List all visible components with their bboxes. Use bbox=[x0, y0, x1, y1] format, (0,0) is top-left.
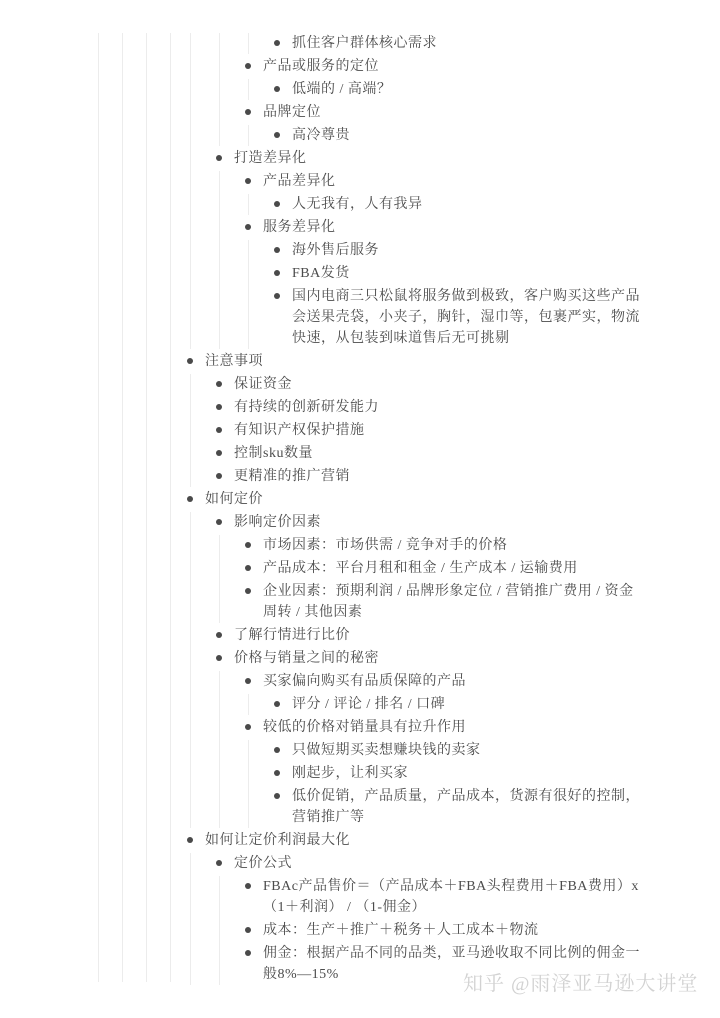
bullet-icon bbox=[187, 837, 193, 843]
bullet-icon bbox=[216, 519, 222, 525]
outline-item-text: 价格与销量之间的秘密 bbox=[234, 651, 379, 666]
outline-row: 较低的价格对销量具有拉升作用 bbox=[245, 717, 648, 738]
bullet-icon bbox=[216, 404, 222, 410]
outline-item: 影响定价因素市场因素：市场供需 / 竞争对手的价格产品成本：平台月租和租金 / … bbox=[216, 512, 648, 623]
outline-row: FBAc产品售价＝（产品成本＋FBA头程费用＋FBA费用）x（1＋利润） / （… bbox=[245, 876, 648, 918]
outline-item-text: 如何让定价利润最大化 bbox=[205, 833, 350, 848]
outline-item-cropped: 抓住客户群体核心需求产品或服务的定位低端的 / 高端？品牌定位高冷尊贵 bbox=[216, 33, 648, 146]
outline-item-text: 低端的 / 高端？ bbox=[292, 82, 391, 97]
outline-children-group: 抓住客户群体核心需求产品或服务的定位低端的 / 高端？品牌定位高冷尊贵打造差异化… bbox=[190, 33, 648, 349]
bullet-icon bbox=[245, 927, 251, 933]
outline-item-text: 买家偏向购买有品质保障的产品 bbox=[263, 674, 466, 689]
outline-row: 成本：生产＋推广＋税务＋人工成本＋物流 bbox=[245, 920, 648, 941]
outline-item-text: 保证资金 bbox=[234, 377, 292, 392]
outline-item: 如何让定价利润最大化定价公式FBAc产品售价＝（产品成本＋FBA头程费用＋FBA… bbox=[187, 830, 648, 985]
outline-item-text: 国内电商三只松鼠将服务做到极致，客户购买这些产品会送果壳袋，小夹子，胸针，湿巾等… bbox=[292, 289, 640, 346]
bullet-icon bbox=[245, 224, 251, 230]
bullet-icon bbox=[245, 724, 251, 730]
indent-guide-line bbox=[170, 33, 171, 982]
outline-item: 注意事项保证资金有持续的创新研发能力有知识产权保护措施控制sku数量更精准的推广… bbox=[187, 351, 648, 487]
outline-row: 服务差异化 bbox=[245, 217, 648, 238]
outline-children-group: 低端的 / 高端？ bbox=[248, 79, 648, 100]
outline-children-group: 只做短期买卖想赚块钱的卖家刚起步，让利买家低价促销，产品质量，产品成本，货源有很… bbox=[248, 740, 648, 828]
outline-item-text: 控制sku数量 bbox=[234, 446, 313, 461]
outline-item: 较低的价格对销量具有拉升作用只做短期买卖想赚块钱的卖家刚起步，让利买家低价促销，… bbox=[245, 717, 648, 828]
outline-children-group: 市场因素：市场供需 / 竞争对手的价格产品成本：平台月租和租金 / 生产成本 /… bbox=[219, 535, 648, 623]
outline-item-text: 成本：生产＋推广＋税务＋人工成本＋物流 bbox=[263, 923, 539, 938]
outline-row: 有持续的创新研发能力 bbox=[216, 397, 648, 418]
outline-item-text: 海外售后服务 bbox=[292, 243, 379, 258]
outline-row: 产品差异化 bbox=[245, 171, 648, 192]
outline-item-text: 如何定价 bbox=[205, 492, 263, 507]
bullet-icon bbox=[274, 270, 280, 276]
outline-row: 评分 / 评论 / 排名 / 口碑 bbox=[274, 694, 648, 715]
bullet-icon bbox=[245, 178, 251, 184]
bullet-icon bbox=[216, 473, 222, 479]
outline-row: 市场因素：市场供需 / 竞争对手的价格 bbox=[245, 535, 648, 556]
indent-guide-line bbox=[98, 33, 99, 982]
bullet-icon bbox=[216, 155, 222, 161]
outline-item: 买家偏向购买有品质保障的产品评分 / 评论 / 排名 / 口碑 bbox=[245, 671, 648, 715]
outline-row: 刚起步，让利买家 bbox=[274, 763, 648, 784]
outline-row: 价格与销量之间的秘密 bbox=[216, 648, 648, 669]
outline-item-cropped: 抓住客户群体核心需求产品或服务的定位低端的 / 高端？品牌定位高冷尊贵打造差异化… bbox=[187, 33, 648, 349]
bullet-icon bbox=[245, 678, 251, 684]
outline-item: FBAc产品售价＝（产品成本＋FBA头程费用＋FBA费用）x（1＋利润） / （… bbox=[245, 876, 648, 918]
bullet-icon bbox=[274, 293, 280, 299]
outline-item: 抓住客户群体核心需求 bbox=[274, 33, 648, 54]
outline-item-text: 注意事项 bbox=[205, 354, 263, 369]
bullet-icon bbox=[216, 381, 222, 387]
outline-item-text: 市场因素：市场供需 / 竞争对手的价格 bbox=[263, 538, 507, 553]
outline-item: 企业因素：预期利润 / 品牌形象定位 / 营销推广费用 / 资金周转 / 其他因… bbox=[245, 581, 648, 623]
outline-item-text: 服务差异化 bbox=[263, 220, 336, 235]
outline-children-group: 抓住客户群体核心需求产品或服务的定位低端的 / 高端？品牌定位高冷尊贵 bbox=[219, 33, 648, 146]
outline-item-cropped: 抓住客户群体核心需求 bbox=[245, 33, 648, 54]
bullet-icon bbox=[245, 950, 251, 956]
outline-item-text: 低价促销，产品质量，产品成本，货源有很好的控制，营销推广等 bbox=[292, 789, 640, 825]
bullet-icon bbox=[274, 201, 280, 207]
bullet-icon bbox=[274, 247, 280, 253]
bullet-icon bbox=[187, 496, 193, 502]
outline-children-group: 人无我有，人有我异 bbox=[248, 194, 648, 215]
outline-item-text: 只做短期买卖想赚块钱的卖家 bbox=[292, 743, 481, 758]
indent-guide-line bbox=[122, 33, 123, 982]
outline-row: 品牌定位 bbox=[245, 102, 648, 123]
outline-item-text: 产品成本：平台月租和租金 / 生产成本 / 运输费用 bbox=[263, 561, 578, 576]
outline-item: 有持续的创新研发能力 bbox=[216, 397, 648, 418]
outline-item: 打造差异化产品差异化人无我有，人有我异服务差异化海外售后服务FBA发货国内电商三… bbox=[216, 148, 648, 349]
outline-item: 海外售后服务 bbox=[274, 240, 648, 261]
outline-item: 更精准的推广营销 bbox=[216, 466, 648, 487]
outline-row: 打造差异化 bbox=[216, 148, 648, 169]
outline-children-group: 产品差异化人无我有，人有我异服务差异化海外售后服务FBA发货国内电商三只松鼠将服… bbox=[219, 171, 648, 349]
bullet-icon bbox=[216, 427, 222, 433]
outline-row: 低端的 / 高端？ bbox=[274, 79, 648, 100]
outline-item: 价格与销量之间的秘密买家偏向购买有品质保障的产品评分 / 评论 / 排名 / 口… bbox=[216, 648, 648, 828]
outline-item-text: 更精准的推广营销 bbox=[234, 469, 350, 484]
bullet-icon bbox=[245, 588, 251, 594]
bullet-icon bbox=[216, 655, 222, 661]
outline-item-text: 产品差异化 bbox=[263, 174, 336, 189]
outline-row: 定价公式 bbox=[216, 853, 648, 874]
outline-item: 国内电商三只松鼠将服务做到极致，客户购买这些产品会送果壳袋，小夹子，胸针，湿巾等… bbox=[274, 286, 648, 349]
outline-children-group: 评分 / 评论 / 排名 / 口碑 bbox=[248, 694, 648, 715]
outline-item: 产品或服务的定位低端的 / 高端？ bbox=[245, 56, 648, 100]
outline-row: 注意事项 bbox=[187, 351, 648, 372]
outline-root: 抓住客户群体核心需求产品或服务的定位低端的 / 高端？品牌定位高冷尊贵打造差异化… bbox=[187, 33, 648, 987]
outline-children-group: 高冷尊贵 bbox=[248, 125, 648, 146]
bullet-icon bbox=[245, 109, 251, 115]
outline-row: 控制sku数量 bbox=[216, 443, 648, 464]
outline-item: 低价促销，产品质量，产品成本，货源有很好的控制，营销推广等 bbox=[274, 786, 648, 828]
outline-item: 服务差异化海外售后服务FBA发货国内电商三只松鼠将服务做到极致，客户购买这些产品… bbox=[245, 217, 648, 349]
bullet-icon bbox=[274, 701, 280, 707]
bullet-icon bbox=[187, 358, 193, 364]
outline-item-text: FBAc产品售价＝（产品成本＋FBA头程费用＋FBA费用）x（1＋利润） / （… bbox=[263, 879, 639, 915]
outline-row: 影响定价因素 bbox=[216, 512, 648, 533]
outline-item-text: FBA发货 bbox=[292, 266, 350, 281]
outline-item-text: 人无我有，人有我异 bbox=[292, 197, 423, 212]
outline-children-group: 海外售后服务FBA发货国内电商三只松鼠将服务做到极致，客户购买这些产品会送果壳袋… bbox=[248, 240, 648, 349]
outline-item: 产品差异化人无我有，人有我异 bbox=[245, 171, 648, 215]
outline-item-text: 刚起步，让利买家 bbox=[292, 766, 408, 781]
indent-guide-line bbox=[146, 33, 147, 982]
outline-item-text: 影响定价因素 bbox=[234, 515, 321, 530]
outline-children-group: 买家偏向购买有品质保障的产品评分 / 评论 / 排名 / 口碑较低的价格对销量具… bbox=[219, 671, 648, 828]
outline-row: 国内电商三只松鼠将服务做到极致，客户购买这些产品会送果壳袋，小夹子，胸针，湿巾等… bbox=[274, 286, 648, 349]
bullet-icon bbox=[274, 86, 280, 92]
outline-item-text: 产品或服务的定位 bbox=[263, 59, 379, 74]
bullet-icon bbox=[274, 747, 280, 753]
outline-children-group: 抓住客户群体核心需求 bbox=[248, 33, 648, 54]
outline-item-text: 定价公式 bbox=[234, 856, 292, 871]
outline-row: 抓住客户群体核心需求 bbox=[274, 33, 648, 54]
outline-row: 低价促销，产品质量，产品成本，货源有很好的控制，营销推广等 bbox=[274, 786, 648, 828]
outline-item-text: 了解行情进行比价 bbox=[234, 628, 350, 643]
bullet-icon bbox=[245, 565, 251, 571]
outline-row: 海外售后服务 bbox=[274, 240, 648, 261]
bullet-icon bbox=[274, 40, 280, 46]
bullet-icon bbox=[216, 450, 222, 456]
outline-item-text: 打造差异化 bbox=[234, 151, 307, 166]
outline-item: 只做短期买卖想赚块钱的卖家 bbox=[274, 740, 648, 761]
outline-item-text: 高冷尊贵 bbox=[292, 128, 350, 143]
outline-row: 有知识产权保护措施 bbox=[216, 420, 648, 441]
outline-row: FBA发货 bbox=[274, 263, 648, 284]
outline-children-group: FBAc产品售价＝（产品成本＋FBA头程费用＋FBA费用）x（1＋利润） / （… bbox=[219, 876, 648, 985]
outline-item-text: 企业因素：预期利润 / 品牌形象定位 / 营销推广费用 / 资金周转 / 其他因… bbox=[263, 584, 634, 620]
outline-item-text: 品牌定位 bbox=[263, 105, 321, 120]
outline-row: 了解行情进行比价 bbox=[216, 625, 648, 646]
outline-item: 评分 / 评论 / 排名 / 口碑 bbox=[274, 694, 648, 715]
outline-item: FBA发货 bbox=[274, 263, 648, 284]
outline-children-group: 定价公式FBAc产品售价＝（产品成本＋FBA头程费用＋FBA费用）x（1＋利润）… bbox=[190, 853, 648, 985]
bullet-icon bbox=[274, 793, 280, 799]
outline-item: 市场因素：市场供需 / 竞争对手的价格 bbox=[245, 535, 648, 556]
outline-item: 品牌定位高冷尊贵 bbox=[245, 102, 648, 146]
outline-item-text: 较低的价格对销量具有拉升作用 bbox=[263, 720, 466, 735]
outline-item: 有知识产权保护措施 bbox=[216, 420, 648, 441]
outline-row: 如何让定价利润最大化 bbox=[187, 830, 648, 851]
outline-row: 产品成本：平台月租和租金 / 生产成本 / 运输费用 bbox=[245, 558, 648, 579]
watermark: 知乎 @雨泽亚马逊大讲堂 bbox=[463, 972, 713, 996]
outline-item: 高冷尊贵 bbox=[274, 125, 648, 146]
outline-item: 人无我有，人有我异 bbox=[274, 194, 648, 215]
bullet-icon bbox=[274, 132, 280, 138]
bullet-icon bbox=[245, 63, 251, 69]
outline-item: 低端的 / 高端？ bbox=[274, 79, 648, 100]
outline-row: 保证资金 bbox=[216, 374, 648, 395]
bullet-icon bbox=[245, 883, 251, 889]
outline-children-group: 影响定价因素市场因素：市场供需 / 竞争对手的价格产品成本：平台月租和租金 / … bbox=[190, 512, 648, 828]
outline-item-text: 抓住客户群体核心需求 bbox=[292, 36, 437, 51]
outline-item-text: 有持续的创新研发能力 bbox=[234, 400, 379, 415]
outline-item: 刚起步，让利买家 bbox=[274, 763, 648, 784]
outline-item-text: 评分 / 评论 / 排名 / 口碑 bbox=[292, 697, 445, 712]
bullet-icon bbox=[274, 770, 280, 776]
bullet-icon bbox=[245, 542, 251, 548]
outline-row: 如何定价 bbox=[187, 489, 648, 510]
outline-row: 更精准的推广营销 bbox=[216, 466, 648, 487]
bullet-icon bbox=[216, 632, 222, 638]
document-page: 抓住客户群体核心需求产品或服务的定位低端的 / 高端？品牌定位高冷尊贵打造差异化… bbox=[0, 0, 720, 1018]
outline-row: 只做短期买卖想赚块钱的卖家 bbox=[274, 740, 648, 761]
outline-row: 买家偏向购买有品质保障的产品 bbox=[245, 671, 648, 692]
outline-item-text: 有知识产权保护措施 bbox=[234, 423, 365, 438]
outline-children-group: 保证资金有持续的创新研发能力有知识产权保护措施控制sku数量更精准的推广营销 bbox=[190, 374, 648, 487]
outline-item: 产品成本：平台月租和租金 / 生产成本 / 运输费用 bbox=[245, 558, 648, 579]
outline-item: 了解行情进行比价 bbox=[216, 625, 648, 646]
outline-row: 产品或服务的定位 bbox=[245, 56, 648, 77]
bullet-icon bbox=[216, 860, 222, 866]
outline-item: 保证资金 bbox=[216, 374, 648, 395]
outline-item: 成本：生产＋推广＋税务＋人工成本＋物流 bbox=[245, 920, 648, 941]
outline-item: 定价公式FBAc产品售价＝（产品成本＋FBA头程费用＋FBA费用）x（1＋利润）… bbox=[216, 853, 648, 985]
outline-row: 高冷尊贵 bbox=[274, 125, 648, 146]
outline-row: 企业因素：预期利润 / 品牌形象定位 / 营销推广费用 / 资金周转 / 其他因… bbox=[245, 581, 648, 623]
outline-row: 人无我有，人有我异 bbox=[274, 194, 648, 215]
outline-item: 如何定价影响定价因素市场因素：市场供需 / 竞争对手的价格产品成本：平台月租和租… bbox=[187, 489, 648, 828]
outline-item: 控制sku数量 bbox=[216, 443, 648, 464]
